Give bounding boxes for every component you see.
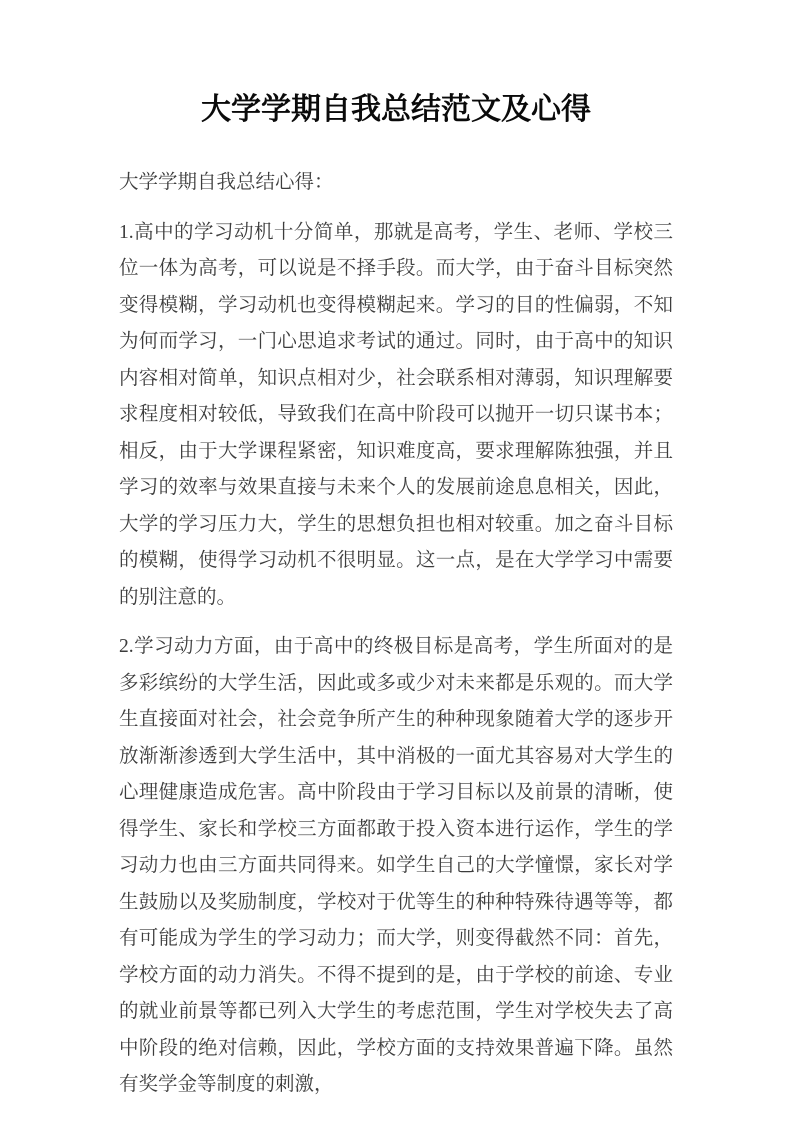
document-title: 大学学期自我总结范文及心得 <box>119 88 673 132</box>
paragraph-2: 2.学习动力方面，由于高中的终极目标是高考，学生所面对的是多彩缤纷的大学生活，因… <box>119 629 673 1104</box>
document-page: 大学学期自我总结范文及心得 大学学期自我总结心得： 1.高中的学习动机十分简单，… <box>0 0 793 1122</box>
paragraph-1: 1.高中的学习动机十分简单，那就是高考，学生、老师、学校三位一体为高考，可以说是… <box>119 215 673 617</box>
document-content: 大学学期自我总结范文及心得 大学学期自我总结心得： 1.高中的学习动机十分简单，… <box>119 88 673 1104</box>
intro-line: 大学学期自我总结心得： <box>119 165 673 202</box>
